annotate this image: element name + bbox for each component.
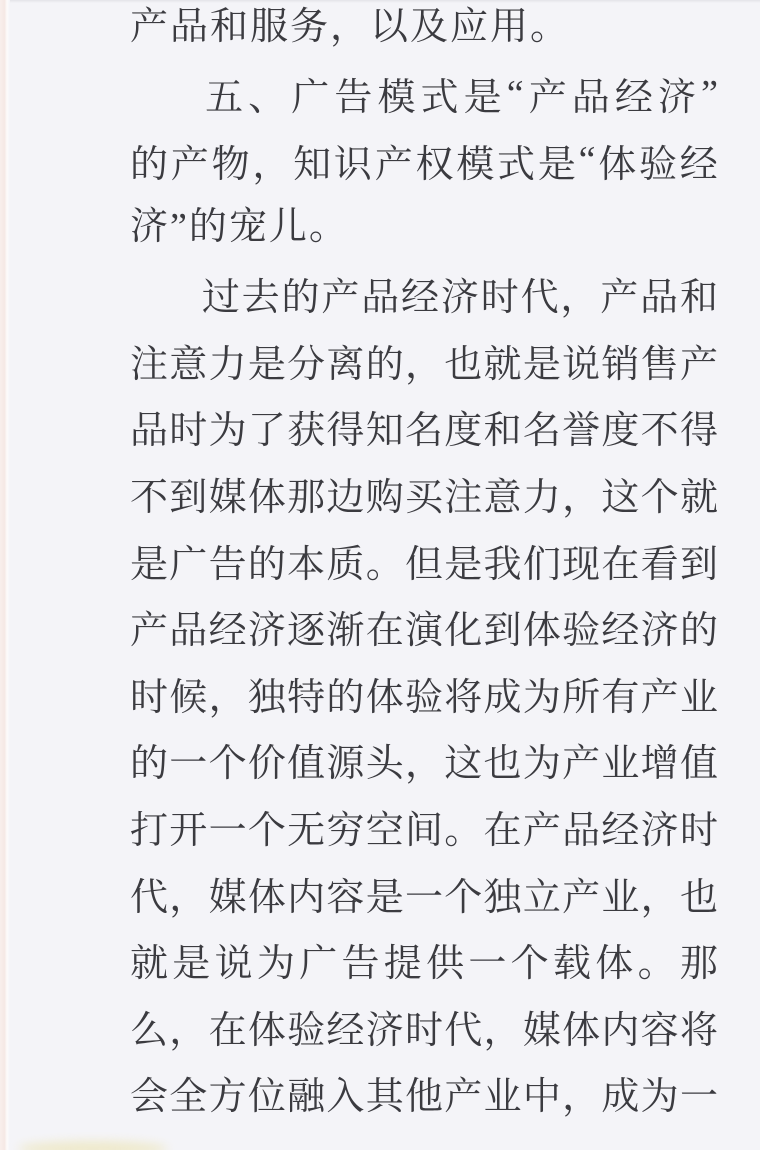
text-char: 内 [287,866,325,921]
text-char: 那 [680,932,718,987]
text-char: 成 [601,1065,639,1120]
text-char: 到 [680,533,718,588]
text-line: 不到媒体那边购买注意力，这个就 [130,460,718,527]
text-char: 为 [523,666,561,721]
text-char: 识 [334,133,372,188]
text-char: 买 [405,466,443,521]
text-char: 产 [600,266,638,321]
text-char: 知 [366,399,404,454]
text-char: 价 [248,732,286,787]
page-corner-artifact [18,1141,168,1150]
text-char: 品 [562,799,600,854]
text-char: 头 [366,732,404,787]
text-char: 代 [130,866,168,921]
text-char: 经 [601,799,639,854]
text-char: 。 [444,799,482,854]
text-char: 所 [562,666,600,721]
text-char: 容 [641,999,679,1054]
text-line: 代，媒体内容是一个独立产业，也 [130,860,718,927]
text-char: ， [484,999,522,1054]
text-char: 为 [523,732,561,787]
text-char: 体 [598,133,636,188]
text-char: 验 [405,666,443,721]
text-char: 产 [562,732,600,787]
document-page: 产品和服务，以及应用。五、广告模式是“产品经济”的产物，知识产权模式是“体验经济… [0,0,760,1150]
text-char: 验 [287,999,325,1054]
text-char: 的 [680,599,718,654]
text-char: 获 [287,399,325,454]
text-char: 这 [601,466,639,521]
text-char: 注 [444,466,482,521]
text-char: 知 [293,133,331,188]
text-line: 五、广告模式是“产品经济” [130,61,718,128]
text-line: 的一个价值源头，这也为产业增值 [130,727,718,794]
text-char: 提 [384,932,422,987]
page-edge-strip [0,0,10,1150]
text-char: 和 [680,266,718,321]
text-char: 产 [130,599,168,654]
text-char: 独 [484,866,522,921]
text-char: 就 [680,466,718,521]
text-line: 会全方位融入其他产业中，成为一 [130,1060,718,1127]
text-char: 容 [326,866,364,921]
text-char: 这 [444,732,482,787]
text-char: 特 [287,666,325,721]
text-char: 说 [215,932,253,987]
text-char: 一 [209,799,247,854]
text-char: 就 [130,932,168,987]
text-char: 穷 [326,799,364,854]
text-char: 在 [484,799,522,854]
text-char: 品 [361,266,399,321]
text-char: 得 [680,399,718,454]
text-char: 逐 [287,599,325,654]
text-char: 一 [468,932,506,987]
text-char: ， [405,333,443,388]
text-char: 的 [130,133,168,188]
text-char: 式 [421,66,459,121]
text-char: 时 [169,399,207,454]
text-char: 有 [601,666,639,721]
text-char: 是 [444,533,482,588]
text-char: 将 [444,666,482,721]
text-char: 经 [401,266,439,321]
text-char: 品 [572,66,610,121]
text-char: 们 [523,533,561,588]
text-char: 度 [444,399,482,454]
text-char: 告 [341,932,379,987]
text-line: 时候，独特的体验将成为所有产业 [130,660,718,727]
text-char: 媒 [523,999,561,1054]
text-char: 的 [248,533,286,588]
text-char: 说 [562,333,600,388]
text-char: 不 [130,466,168,521]
text-char: 值 [680,732,718,787]
text-char: 时 [405,999,443,1054]
text-char: 济 [658,66,696,121]
text-char: 经 [601,599,639,654]
text-char: 载 [553,932,591,987]
text-char: 是 [538,133,576,188]
text-char: 品 [169,599,207,654]
text-char: 产 [375,133,413,188]
text-char: 将 [680,999,718,1054]
text-char: 济 [641,799,679,854]
text-char: 开 [169,799,207,854]
text-char: 业 [484,1065,522,1120]
text-line: 就是说为广告提供一个载体。那 [130,926,718,993]
text-char: 个 [641,466,679,521]
text-char: 内 [601,999,639,1054]
text-char: ” [701,72,718,116]
text-char: 个 [511,932,549,987]
text-line: 产品经济逐渐在演化到体验经济的 [130,593,718,660]
text-char: 也 [680,866,718,921]
text-char: 产 [562,866,600,921]
text-char: 产 [171,133,209,188]
text-char: 在 [366,599,404,654]
text-char: ， [562,466,600,521]
text-char: 售 [641,333,679,388]
text-char: ， [641,866,679,921]
text-char: 分 [287,333,325,388]
text-char: 本 [287,533,325,588]
text-char: 经 [680,133,718,188]
text-char: 。 [638,932,676,987]
text-char: 广 [299,932,337,987]
text-char: 供 [426,932,464,987]
text-char: 的 [282,266,320,321]
text-char: 中 [523,1065,561,1120]
text-char: 独 [248,666,286,721]
text-char: 济 [641,599,679,654]
text-char: 是 [248,333,286,388]
text-char: 。 [366,533,404,588]
text-char: 立 [523,866,561,921]
text-char: 模 [456,133,494,188]
text-char: 体 [366,666,404,721]
text-line: 么，在体验经济时代，媒体内容将 [130,993,718,1060]
text-column: 产品和服务，以及应用。五、广告模式是“产品经济”的产物，知识产权模式是“体验经济… [130,0,718,1126]
text-char: 产 [321,266,359,321]
text-char: 为 [209,399,247,454]
text-char: 意 [169,333,207,388]
text-char: 式 [497,133,535,188]
text-char: 经 [326,999,364,1054]
text-char: 个 [209,732,247,787]
text-char: 体 [595,932,633,987]
text-char: 也 [444,333,482,388]
text-char: 到 [169,466,207,521]
text-char: 在 [601,533,639,588]
text-char: 名 [405,399,443,454]
text-char: 时 [130,666,168,721]
text-char: 为 [257,932,295,987]
text-char: 候 [169,666,207,721]
text-char: 购 [366,466,404,521]
text-char: 代 [521,266,559,321]
text-char: 广 [169,533,207,588]
text-char: 为 [641,1065,679,1120]
text-char: 了 [248,399,286,454]
text-char: 五 [205,66,243,121]
text-char: 去 [242,266,280,321]
text-char: 和 [484,399,522,454]
text-char: 体 [523,599,561,654]
text-line: 过去的产品经济时代，产品和 [130,260,718,327]
text-char: 他 [405,1065,443,1120]
text-char: 时 [481,266,519,321]
text-char: 济 [248,599,286,654]
text-char: 济 [366,999,404,1054]
text-char: 验 [562,599,600,654]
text-char: 一 [405,866,443,921]
text-char: 业 [601,732,639,787]
text-char: 全 [169,1065,207,1120]
text-char: 会 [130,1065,168,1120]
text-char: 现 [562,533,600,588]
text-char: 力 [209,333,247,388]
text-char: 品 [640,266,678,321]
text-char: ， [560,266,598,321]
text-char: 是 [172,932,210,987]
text-char: 告 [209,533,247,588]
text-char: 销 [601,333,639,388]
text-char: 么 [130,999,168,1054]
text-char: 看 [641,533,679,588]
text-line: 的产物，知识产权模式是“体验经 [130,127,718,194]
text-char: 入 [326,1065,364,1120]
text-char: 权 [415,133,453,188]
text-char: 增 [641,732,679,787]
text-char: 媒 [209,866,247,921]
text-char: 源 [326,732,364,787]
text-char: 空 [366,799,404,854]
text-char: 其 [366,1065,404,1120]
text-char: 渐 [326,599,364,654]
text-char: 无 [287,799,325,854]
text-char: 是 [130,533,168,588]
text-char: 产 [641,666,679,721]
text-line: 注意力是分离的，也就是说销售产 [130,327,718,394]
text-char: 那 [287,466,325,521]
text-char: 边 [326,466,364,521]
text-char: 誉 [562,399,600,454]
text-char: 演 [405,599,443,654]
text-char: 间 [405,799,443,854]
text-char: 体 [248,866,286,921]
text-char: 不 [641,399,679,454]
text-char: ， [562,1065,600,1120]
text-char: 成 [484,666,522,721]
text-char: 名 [523,399,561,454]
text-line: 品时为了获得知名度和名誉度不得 [130,394,718,461]
text-char: 产 [529,66,567,121]
text-char: 代 [444,999,482,1054]
text-char: 度 [601,399,639,454]
text-char: 济 [441,266,479,321]
text-char: 化 [444,599,482,654]
text-char: ， [405,732,443,787]
text-char: 经 [209,599,247,654]
text-line: 济”的宠儿。 [130,194,718,261]
text-char: 是 [366,866,404,921]
text-char: 到 [484,599,522,654]
text-char: ， [209,666,247,721]
text-char: 得 [326,399,364,454]
text-char: 个 [444,866,482,921]
text-char: 经 [615,66,653,121]
text-char: 体 [248,466,286,521]
text-char: 体 [248,999,286,1054]
text-line: 产品和服务，以及应用。 [130,0,718,61]
text-char: ， [169,999,207,1054]
text-char: 产 [680,333,718,388]
text-char: 模 [377,66,415,121]
text-char: 也 [484,732,522,787]
text-char: 广 [291,66,329,121]
text-char: 是 [464,66,502,121]
text-char: 产 [523,799,561,854]
text-char: 意 [484,466,522,521]
text-char: 品 [130,399,168,454]
text-char: 位 [248,1065,286,1120]
text-char: 融 [287,1065,325,1120]
text-char: 是 [523,333,561,388]
text-char: 值 [287,732,325,787]
text-char: 但 [405,533,443,588]
text-char: 我 [484,533,522,588]
text-char: 注 [130,333,168,388]
text-char: 过 [202,266,240,321]
text-char: 个 [248,799,286,854]
text-char: 离 [326,333,364,388]
text-char: 物 [212,133,250,188]
text-char: 业 [680,666,718,721]
text-char: ， [169,866,207,921]
text-char: “ [507,72,524,116]
text-char: 在 [209,999,247,1054]
text-char: “ [579,138,596,182]
text-char: 告 [334,66,372,121]
text-char: ， [252,133,290,188]
text-char: 一 [680,1065,718,1120]
text-line: 是广告的本质。但是我们现在看到 [130,527,718,594]
text-char: 质 [326,533,364,588]
text-char: 的 [130,732,168,787]
text-char: 业 [601,866,639,921]
text-char: 媒 [209,466,247,521]
text-char: 力 [523,466,561,521]
text-char: 产 [444,1065,482,1120]
text-char: 就 [484,333,522,388]
text-char: 打 [130,799,168,854]
text-char: 、 [248,66,286,121]
text-char: 的 [366,333,404,388]
text-char: 时 [680,799,718,854]
text-char: 验 [639,133,677,188]
text-char: 的 [326,666,364,721]
text-char: 体 [562,999,600,1054]
text-char: 一 [169,732,207,787]
text-char: 方 [209,1065,247,1120]
text-line: 打开一个无穷空间。在产品经济时 [130,793,718,860]
